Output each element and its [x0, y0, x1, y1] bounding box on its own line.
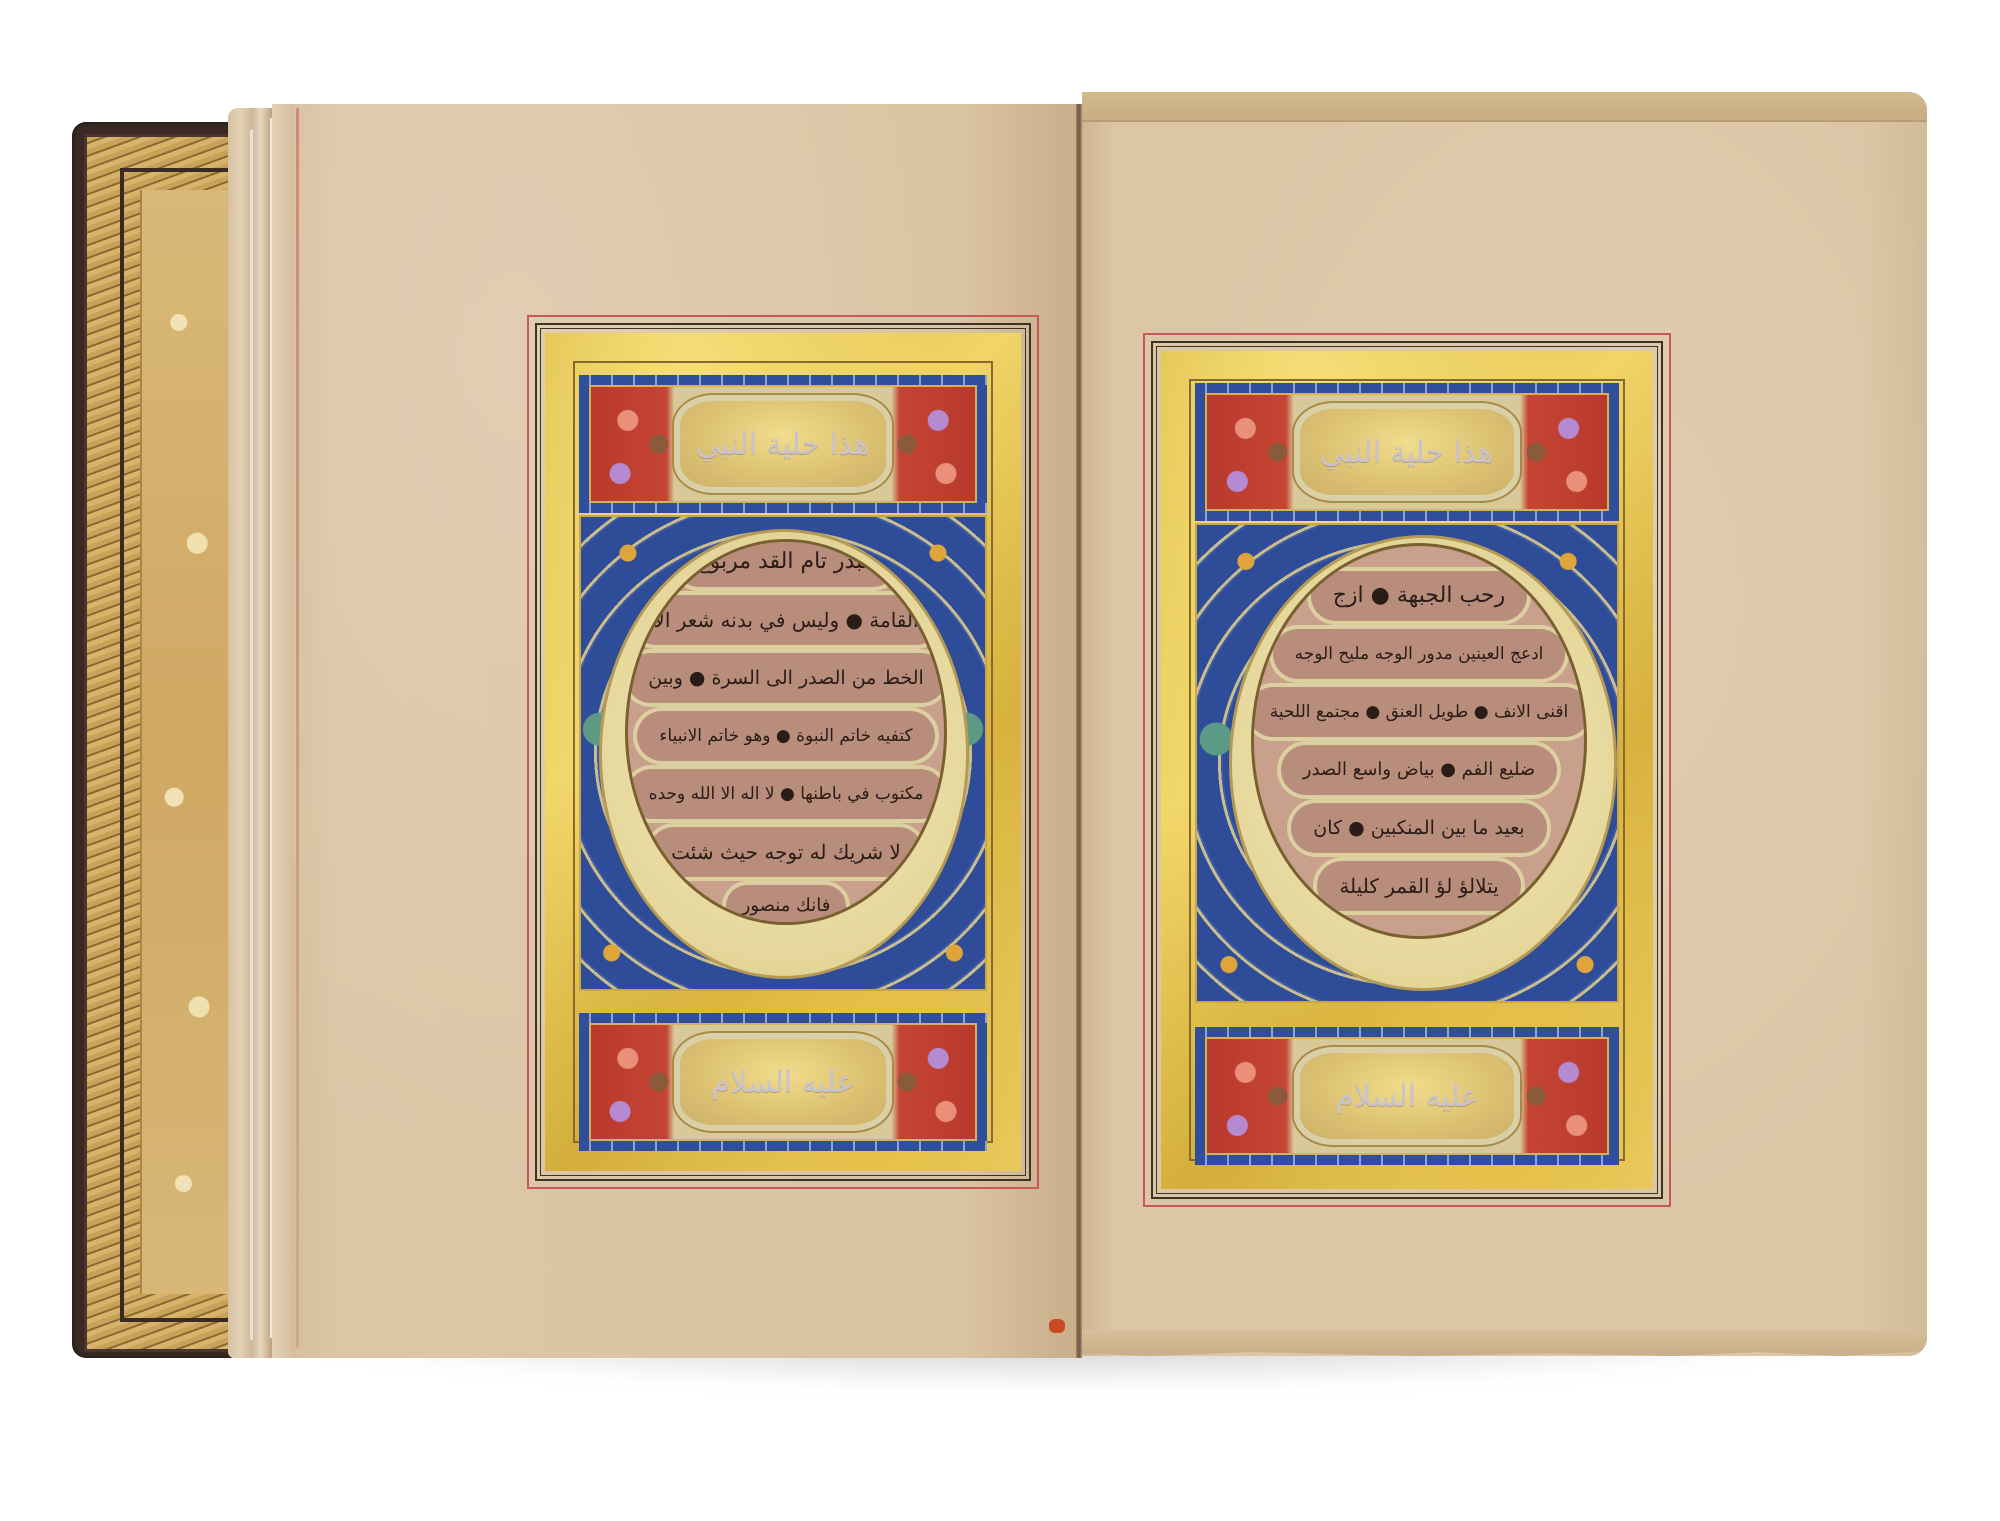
- text-line: مكتوب في باطنها ● لا اله الا الله وحده: [628, 769, 944, 819]
- text-line-6: يتلالؤ لؤ القمر كليلة: [1339, 867, 1498, 905]
- text-line-4: كتفيه خاتم النبوة ● وهو خاتم الانبياء: [659, 717, 912, 755]
- text-line: يتلالؤ لؤ القمر كليلة: [1317, 861, 1520, 911]
- text-line: بعيد ما بين المنكبين ● كان: [1291, 803, 1546, 853]
- text-line: كتفيه خاتم النبوة ● وهو خاتم الانبياء: [637, 711, 934, 761]
- cover-floral-panel: [140, 190, 234, 1294]
- text-line-1: البدر تام القد مربوع: [696, 543, 875, 581]
- gutter: [1076, 104, 1082, 1358]
- text-line: رحب الجبهة ● ازج: [1311, 571, 1528, 621]
- crescent-medallion: البدر تام القد مربوع القامة ● وليس في بد…: [599, 529, 969, 979]
- left-page-red-stain: [296, 108, 299, 1348]
- crescent-medallion: رحب الجبهة ● ازج ادعج العينين مدور الوجه…: [1229, 535, 1617, 991]
- text-medallion: رحب الجبهة ● ازج ادعج العينين مدور الوجه…: [1254, 546, 1584, 936]
- bottom-band: عليه السلام: [579, 1013, 987, 1151]
- text-line-5: مكتوب في باطنها ● لا اله الا الله وحده: [649, 775, 924, 813]
- right-illuminated-panel: هذا حلية النبي رحب الجبهة ● ازج ادعج الع…: [1143, 333, 1671, 1207]
- top-cartouche: هذا حلية النبي: [1294, 403, 1520, 501]
- text-line-5: بعيد ما بين المنكبين ● كان: [1313, 809, 1524, 847]
- text-line-7: فانك منصور: [742, 887, 831, 922]
- left-illuminated-panel: هذا حلية النبي البدر تام القد مربوع القا…: [527, 315, 1039, 1189]
- red-ribbon-tip: [1049, 1319, 1065, 1333]
- medallion-field: رحب الجبهة ● ازج ادعج العينين مدور الوجه…: [1195, 523, 1619, 1003]
- left-page-edge: [272, 104, 294, 1358]
- top-cartouche-text: هذا حلية النبي: [696, 427, 869, 462]
- text-line: فانك منصور: [726, 885, 847, 922]
- bottom-cartouche-text: عليه السلام: [711, 1065, 854, 1100]
- top-band: هذا حلية النبي: [579, 375, 987, 513]
- text-line-1: رحب الجبهة ● ازج: [1333, 577, 1506, 615]
- medallion-field: البدر تام القد مربوع القامة ● وليس في بد…: [579, 515, 987, 991]
- text-line: الخط من الصدر الى السرة ● وبين: [628, 653, 944, 703]
- text-line: لا شريك له توجه حيث شئت: [649, 827, 923, 877]
- text-line-4: ضليع الفم ● بياض واسع الصدر: [1303, 751, 1535, 789]
- text-line: ادعج العينين مدور الوجه مليح الوجه: [1273, 629, 1566, 679]
- text-line: ضليع الفم ● بياض واسع الصدر: [1281, 745, 1557, 795]
- top-band: هذا حلية النبي: [1195, 383, 1619, 521]
- text-line: البدر تام القد مربوع: [674, 542, 897, 587]
- text-line-2: ادعج العينين مدور الوجه مليح الوجه: [1295, 635, 1544, 673]
- top-cartouche-text: هذا حلية النبي: [1320, 435, 1493, 470]
- text-line-3: الخط من الصدر الى السرة ● وبين: [648, 659, 924, 697]
- bottom-cartouche-text: عليه السلام: [1335, 1079, 1478, 1114]
- text-medallion: البدر تام القد مربوع القامة ● وليس في بد…: [628, 542, 944, 922]
- top-cartouche: هذا حلية النبي: [674, 395, 891, 493]
- text-line-3: اقنى الانف ● طويل العنق ● مجتمع اللحية: [1270, 693, 1569, 731]
- bottom-band: عليه السلام: [1195, 1027, 1619, 1165]
- text-line: القامة ● وليس في بدنه شعر الا: [631, 595, 940, 645]
- bottom-cartouche: عليه السلام: [1294, 1047, 1520, 1145]
- text-line-6: لا شريك له توجه حيث شئت: [671, 833, 901, 871]
- right-page-bottom-edge: [1082, 1330, 1927, 1356]
- leaf-edge: [250, 130, 253, 1340]
- bottom-cartouche: عليه السلام: [674, 1033, 891, 1131]
- right-page-top-edge: [1082, 92, 1927, 122]
- text-line: اقنى الانف ● طويل العنق ● مجتمع اللحية: [1254, 687, 1584, 737]
- text-line-2: القامة ● وليس في بدنه شعر الا: [653, 601, 918, 639]
